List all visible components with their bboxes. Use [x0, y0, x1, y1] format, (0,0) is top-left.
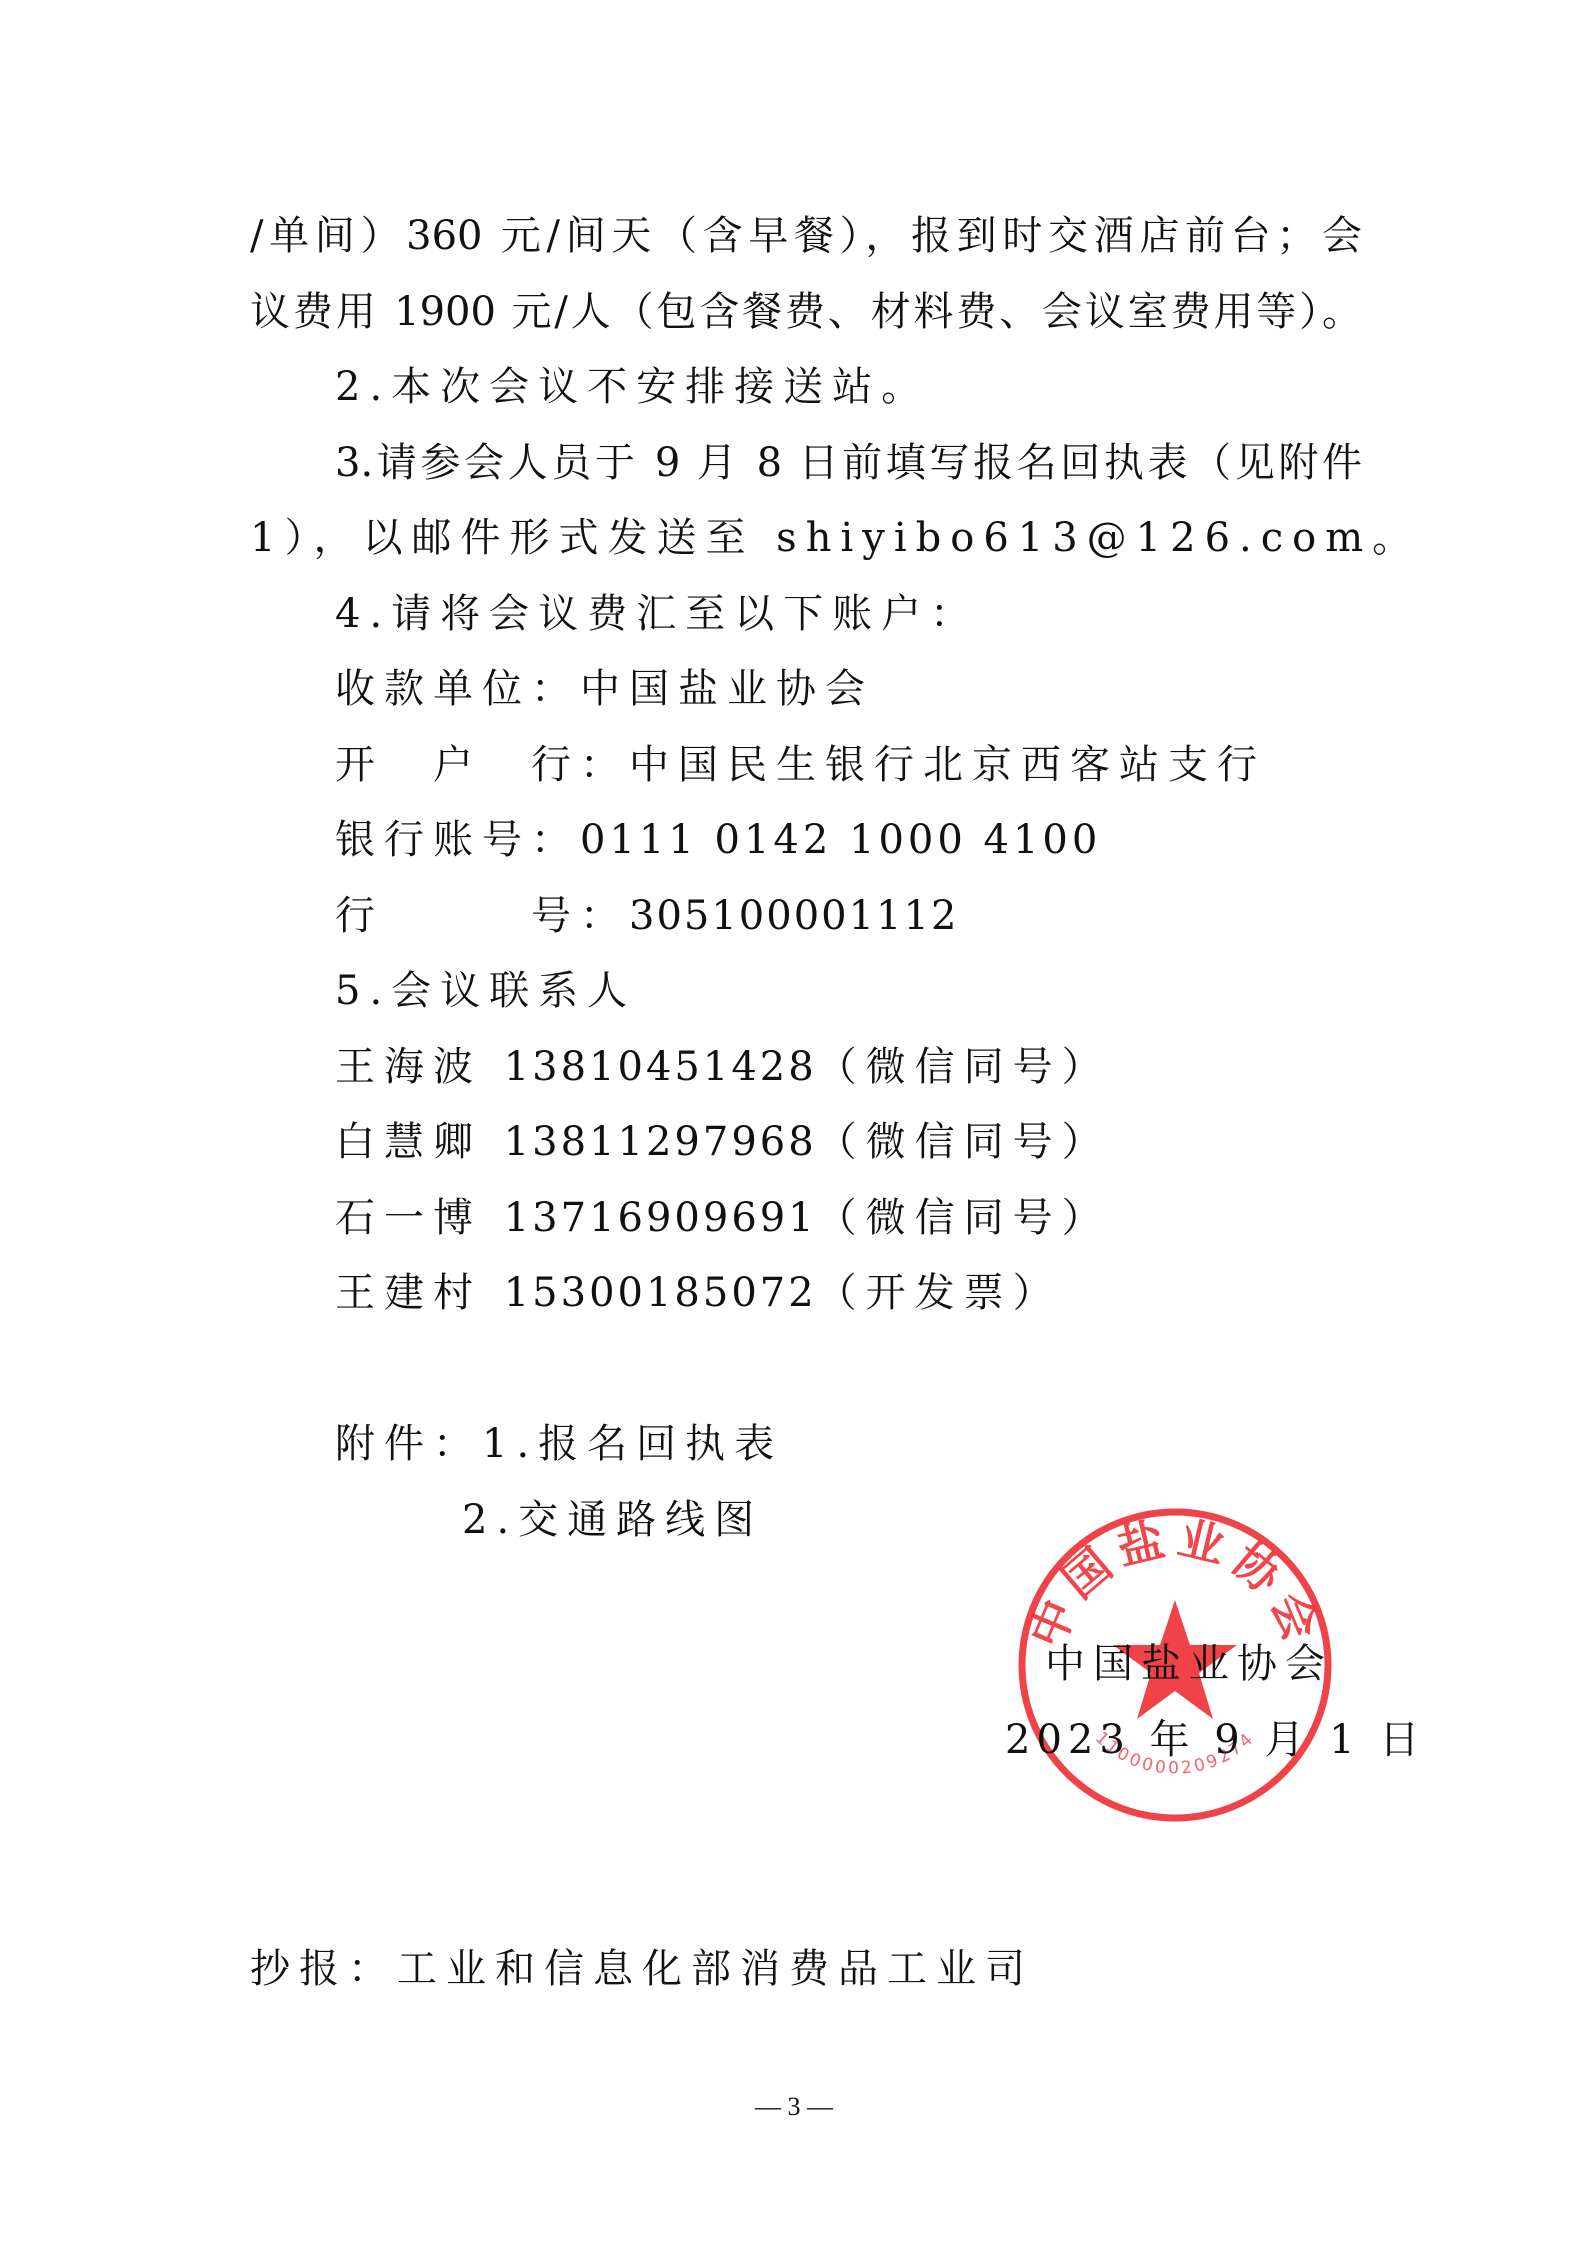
bank-row: 开 户 行：中国民生银行北京西客站支行 — [335, 741, 1266, 789]
contact-row: 王建村 15300185072（开发票） — [335, 1269, 1062, 1317]
signature-org: 中国盐业协会 — [1045, 1640, 1333, 1688]
contact-name: 王建村 — [335, 1270, 482, 1316]
account-value: 0111 0142 1000 4100 — [580, 817, 1101, 863]
contact-note: （开发票） — [817, 1270, 1062, 1316]
signature-date: 2023 年 9 月 1 日 — [1005, 1716, 1425, 1764]
contact-phone: 13811297968 — [504, 1119, 817, 1165]
bank-value: 中国民生银行北京西客站支行 — [629, 742, 1266, 788]
attachments-row: 附件：1.报名回执表 — [335, 1420, 783, 1468]
contact-note: （微信同号） — [817, 1119, 1111, 1165]
contact-phone: 15300185072 — [504, 1270, 817, 1316]
bank-code-value: 305100001112 — [629, 893, 958, 939]
item-2: 2.本次会议不安排接送站。 — [335, 363, 930, 411]
item-3-cont: 1），以邮件形式发送至 shiyibo613@126.com。 — [250, 514, 1421, 562]
contact-name: 石一博 — [335, 1195, 482, 1241]
contact-name: 白慧卿 — [335, 1119, 482, 1165]
attachments-label: 附件： — [335, 1421, 482, 1467]
contact-row: 白慧卿 13811297968（微信同号） — [335, 1118, 1111, 1166]
bank-label: 开 户 行： — [335, 742, 629, 788]
item-4: 4.请将会议费汇至以下账户： — [335, 590, 979, 638]
contact-row: 石一博 13716909691（微信同号） — [335, 1194, 1111, 1242]
item-3: 3.请参会人员于 9 月 8 日前填写报名回执表（见附件 — [335, 439, 1362, 487]
cc-line: 抄报：工业和信息化部消费品工业司 — [250, 1945, 1034, 1993]
paragraph-line: /单间）360 元/间天（含早餐），报到时交酒店前台；会 — [250, 212, 1362, 260]
payee-value: 中国盐业协会 — [580, 666, 874, 712]
paragraph-line: 议费用 1900 元/人（包含餐费、材料费、会议室费用等）。 — [250, 288, 1362, 336]
contact-row: 王海波 13810451428（微信同号） — [335, 1043, 1111, 1091]
contacts-title: 5.会议联系人 — [335, 967, 636, 1015]
account-label: 银行账号： — [335, 817, 580, 863]
attachment-item: 1.报名回执表 — [482, 1421, 783, 1467]
payee-label: 收款单位： — [335, 666, 580, 712]
bank-code-label: 行 号： — [335, 893, 629, 939]
attachment-item: 2.交通路线图 — [462, 1496, 763, 1544]
account-row: 银行账号：0111 0142 1000 4100 — [335, 816, 1101, 864]
payee-row: 收款单位：中国盐业协会 — [335, 665, 874, 713]
contact-phone: 13716909691 — [504, 1195, 817, 1241]
contact-note: （微信同号） — [817, 1044, 1111, 1090]
contact-phone: 13810451428 — [504, 1044, 817, 1090]
contact-name: 王海波 — [335, 1044, 482, 1090]
contact-note: （微信同号） — [817, 1195, 1111, 1241]
page-number: — 3 — — [0, 2092, 1588, 2122]
bank-code-row: 行 号：305100001112 — [335, 892, 958, 940]
